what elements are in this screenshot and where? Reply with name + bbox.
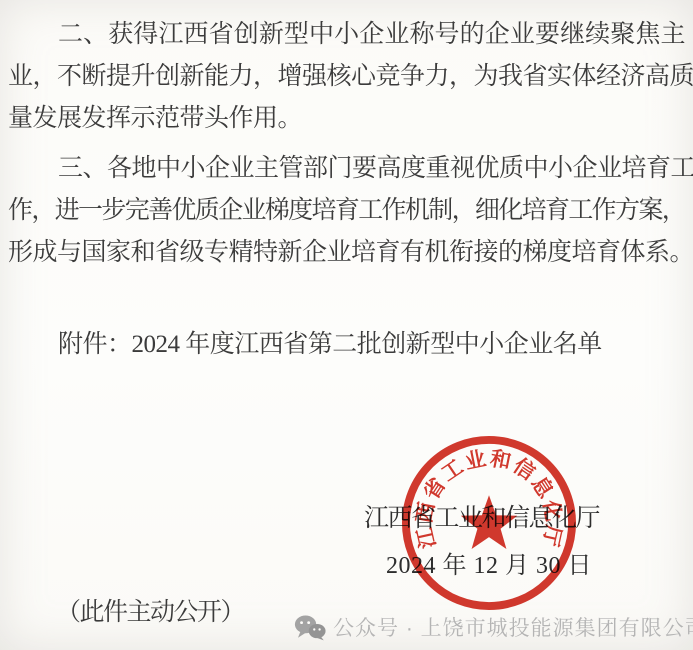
paragraph: 二、获得江西省创新型中小企业称号的企业要继续聚焦主 业，不断提升创新能力，增强核…	[8, 14, 685, 140]
watermark: 公众号 · 上饶市城投能源集团有限公司	[294, 612, 693, 642]
paragraph: 三、各地中小企业主管部门要高度重视优质中小企业培育工 作，进一步完善优质企业梯度…	[8, 148, 685, 274]
text-line: 二、获得江西省创新型中小企业称号的企业要继续聚焦主	[8, 14, 685, 56]
text-line: 形成与国家和省级专精特新企业培育有机衔接的梯度培育体系。	[8, 232, 685, 274]
attachment-line: 附件：2024 年度江西省第二批创新型中小企业名单	[8, 324, 685, 366]
document-page: 二、获得江西省创新型中小企业称号的企业要继续聚焦主 业，不断提升创新能力，增强核…	[0, 0, 693, 650]
signature-org: 江西省工业和信息化厅	[364, 498, 599, 534]
text-line: 业，不断提升创新能力，增强核心竞争力，为我省实体经济高质	[8, 56, 685, 98]
wechat-icon	[294, 614, 326, 641]
watermark-text: 公众号 · 上饶市城投能源集团有限公司	[333, 612, 693, 642]
disclosure-note: （此件主动公开）	[56, 592, 244, 628]
text-line: 三、各地中小企业主管部门要高度重视优质中小企业培育工	[8, 148, 685, 190]
signature-date: 2024 年 12 月 30 日	[386, 545, 592, 580]
document-body: 二、获得江西省创新型中小企业称号的企业要继续聚焦主 业，不断提升创新能力，增强核…	[8, 14, 685, 366]
text-line: 量发展发挥示范带头作用。	[8, 98, 685, 140]
text-line: 作，进一步完善优质企业梯度培育工作机制，细化培育工作方案，	[8, 190, 685, 232]
